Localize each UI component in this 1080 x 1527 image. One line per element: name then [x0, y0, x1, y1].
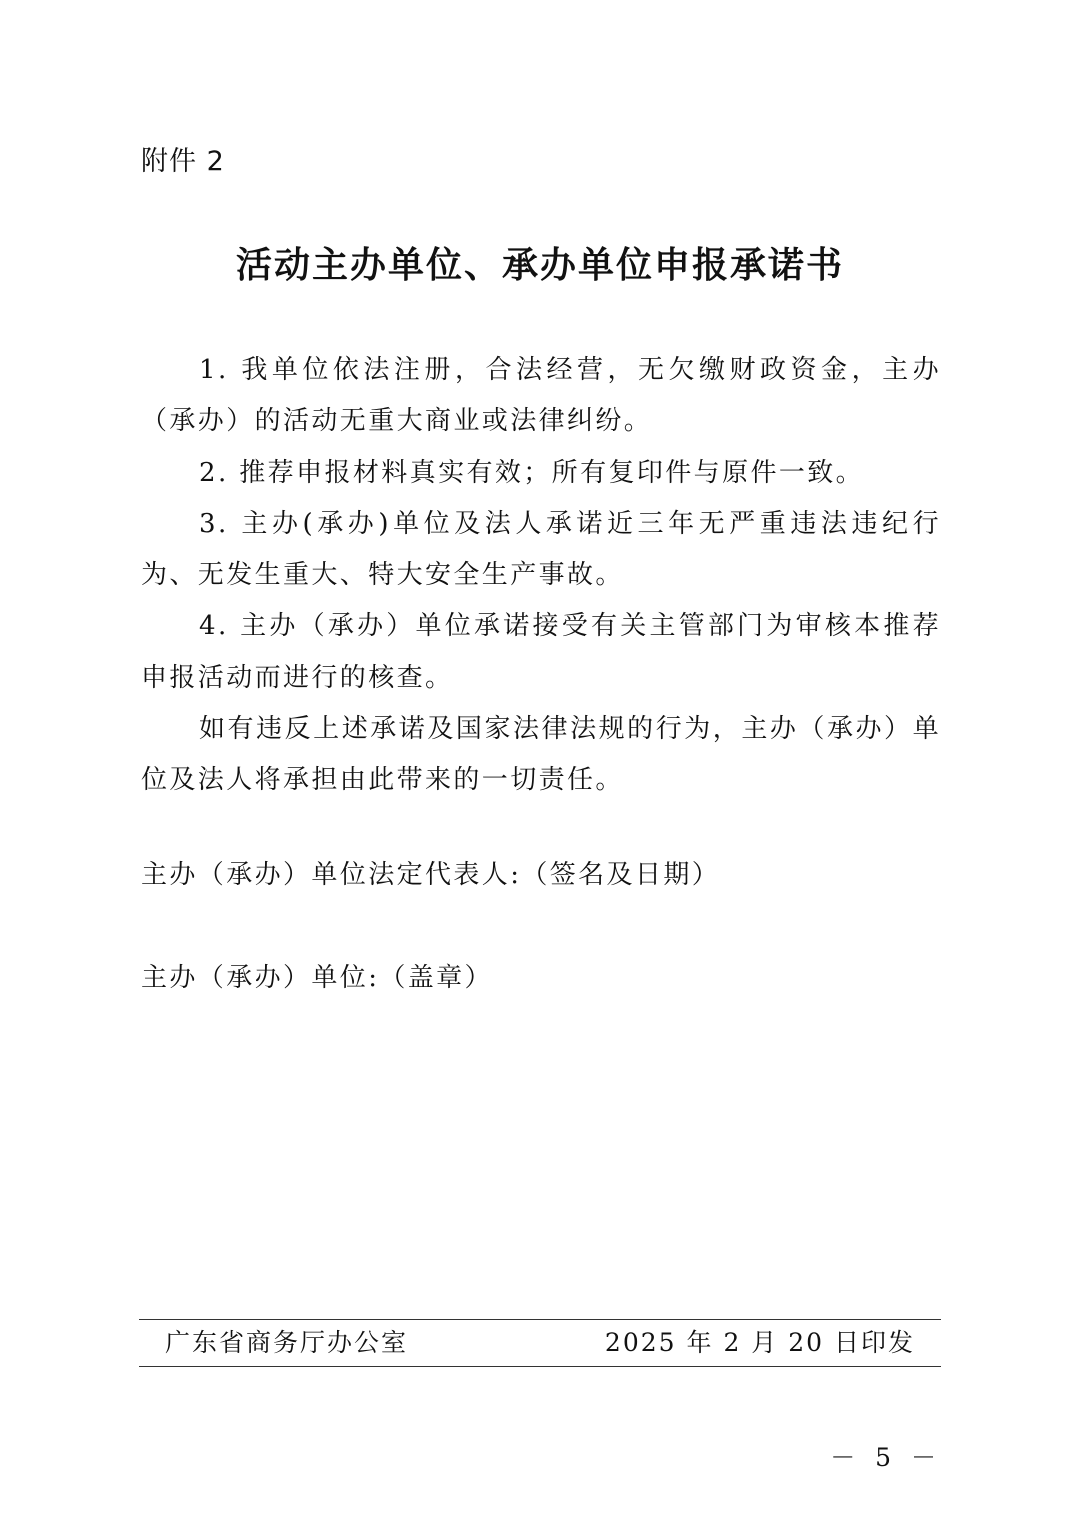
commitment-body: 1. 我单位依法注册，合法经营，无欠缴财政资金，主办（承办）的活动无重大商业或法… — [141, 345, 941, 807]
document-page: 附件 2 活动主办单位、承办单位申报承诺书 1. 我单位依法注册，合法经营，无欠… — [0, 0, 1080, 1527]
legal-representative-signature-line: 主办（承办）单位法定代表人:（签名及日期） — [141, 855, 720, 895]
commitment-item-4: 4. 主办（承办）单位承诺接受有关主管部门为审核本推荐申报活动而进行的核查。 — [141, 601, 941, 704]
commitment-item-1: 1. 我单位依法注册，合法经营，无欠缴财政资金，主办（承办）的活动无重大商业或法… — [141, 345, 941, 448]
footer-bottom-rule — [139, 1366, 941, 1367]
document-title: 活动主办单位、承办单位申报承诺书 — [0, 238, 1080, 292]
footer-top-rule — [139, 1319, 941, 1320]
organization-seal-line: 主办（承办）单位:（盖章） — [141, 958, 493, 998]
page-number: － 5 － — [830, 1438, 942, 1478]
liability-statement: 如有违反上述承诺及国家法律法规的行为，主办（承办）单位及法人将承担由此带来的一切… — [141, 704, 941, 807]
footer-issue-date: 2025 年 2 月 20 日印发 — [605, 1323, 915, 1363]
attachment-label: 附件 2 — [141, 142, 225, 182]
commitment-item-3: 3. 主办(承办)单位及法人承诺近三年无严重违法违纪行为、无发生重大、特大安全生… — [141, 499, 941, 602]
commitment-item-2: 2. 推荐申报材料真实有效；所有复印件与原件一致。 — [141, 448, 941, 499]
footer-issuer: 广东省商务厅办公室 — [165, 1323, 408, 1363]
